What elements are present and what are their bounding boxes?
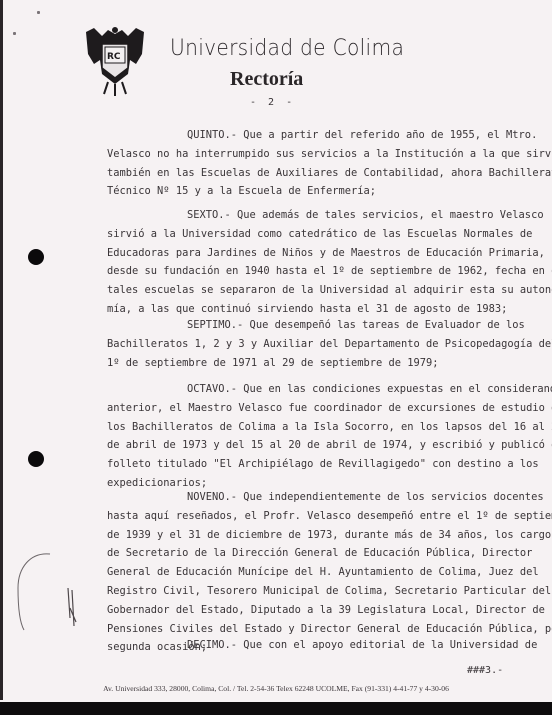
paragraph-quinto: QUINTO.- Que a partir del referido año d… bbox=[107, 126, 511, 201]
text-line: SEXTO.- Que además de tales servicios, e… bbox=[107, 206, 511, 225]
text-line: sirvió a la Universidad como catedrático… bbox=[107, 225, 511, 244]
text-line: Educadoras para Jardines de Niños y de M… bbox=[107, 244, 511, 263]
institution-name: Universidad de Colima bbox=[170, 36, 404, 61]
text-line: Velasco no ha interrumpido sus servicios… bbox=[107, 145, 511, 164]
scan-speck bbox=[13, 32, 16, 35]
text-line: QUINTO.- Que a partir del referido año d… bbox=[107, 126, 511, 145]
scan-bottom-edge bbox=[0, 702, 552, 715]
paragraph-noveno: NOVENO.- Que independientemente de los s… bbox=[107, 488, 511, 657]
paragraph-decimo: DECIMO.- Que con el apoyo editorial de l… bbox=[107, 636, 511, 655]
text-line: hasta aquí reseñados, el Profr. Velasco … bbox=[107, 507, 511, 526]
text-line: Bachilleratos 1, 2 y 3 y Auxiliar del De… bbox=[107, 335, 511, 354]
text-line: NOVENO.- Que independientemente de los s… bbox=[107, 488, 511, 507]
text-line: anterior, el Maestro Velasco fue coordin… bbox=[107, 399, 511, 418]
continuation-marker: ###3.- bbox=[467, 665, 503, 676]
paragraph-sexto: SEXTO.- Que además de tales servicios, e… bbox=[107, 206, 511, 319]
office-title: Rectoría bbox=[230, 68, 303, 91]
scan-speck bbox=[37, 11, 40, 14]
handwritten-mark bbox=[10, 548, 80, 638]
text-line: desde su fundación en 1940 hasta el 1º d… bbox=[107, 262, 511, 281]
paragraph-septimo: SEPTIMO.- Que desempeñó las tareas de Ev… bbox=[107, 316, 511, 372]
text-line: los Bachilleratos de Colima a la Isla So… bbox=[107, 418, 511, 437]
text-line: tales escuelas se separaron de la Univer… bbox=[107, 281, 511, 300]
binder-hole-icon bbox=[28, 451, 44, 467]
footer-address: Av. Universidad 333, 28000, Colima, Col.… bbox=[0, 684, 552, 693]
text-line: Registro Civil, Tesorero Municipal de Co… bbox=[107, 582, 511, 601]
binder-hole-icon bbox=[28, 249, 44, 265]
scan-left-edge bbox=[0, 0, 3, 700]
text-line: SEPTIMO.- Que desempeñó las tareas de Ev… bbox=[107, 316, 511, 335]
text-line: OCTAVO.- Que en las condiciones expuesta… bbox=[107, 380, 511, 399]
university-eagle-crest-icon: RC bbox=[84, 24, 146, 96]
text-line: también en las Escuelas de Auxiliares de… bbox=[107, 164, 511, 183]
text-line: de abril de 1973 y del 15 al 20 de abril… bbox=[107, 436, 511, 455]
text-line: General de Educación Munícipe del H. Ayu… bbox=[107, 563, 511, 582]
text-line: DECIMO.- Que con el apoyo editorial de l… bbox=[107, 636, 511, 655]
text-line: de Secretario de la Dirección General de… bbox=[107, 544, 511, 563]
text-line: folleto titulado "El Archipiélago de Rev… bbox=[107, 455, 511, 474]
text-line: Gobernador del Estado, Diputado a la 39 … bbox=[107, 601, 511, 620]
page-number: - 2 - bbox=[250, 97, 295, 108]
svg-text:RC: RC bbox=[107, 52, 121, 62]
text-line: Técnico Nº 15 y a la Escuela de Enfermer… bbox=[107, 182, 511, 201]
text-line: 1º de septiembre de 1971 al 29 de septie… bbox=[107, 354, 511, 373]
text-line: de 1939 y el 31 de diciembre de 1973, du… bbox=[107, 526, 511, 545]
paragraph-octavo: OCTAVO.- Que en las condiciones expuesta… bbox=[107, 380, 511, 493]
